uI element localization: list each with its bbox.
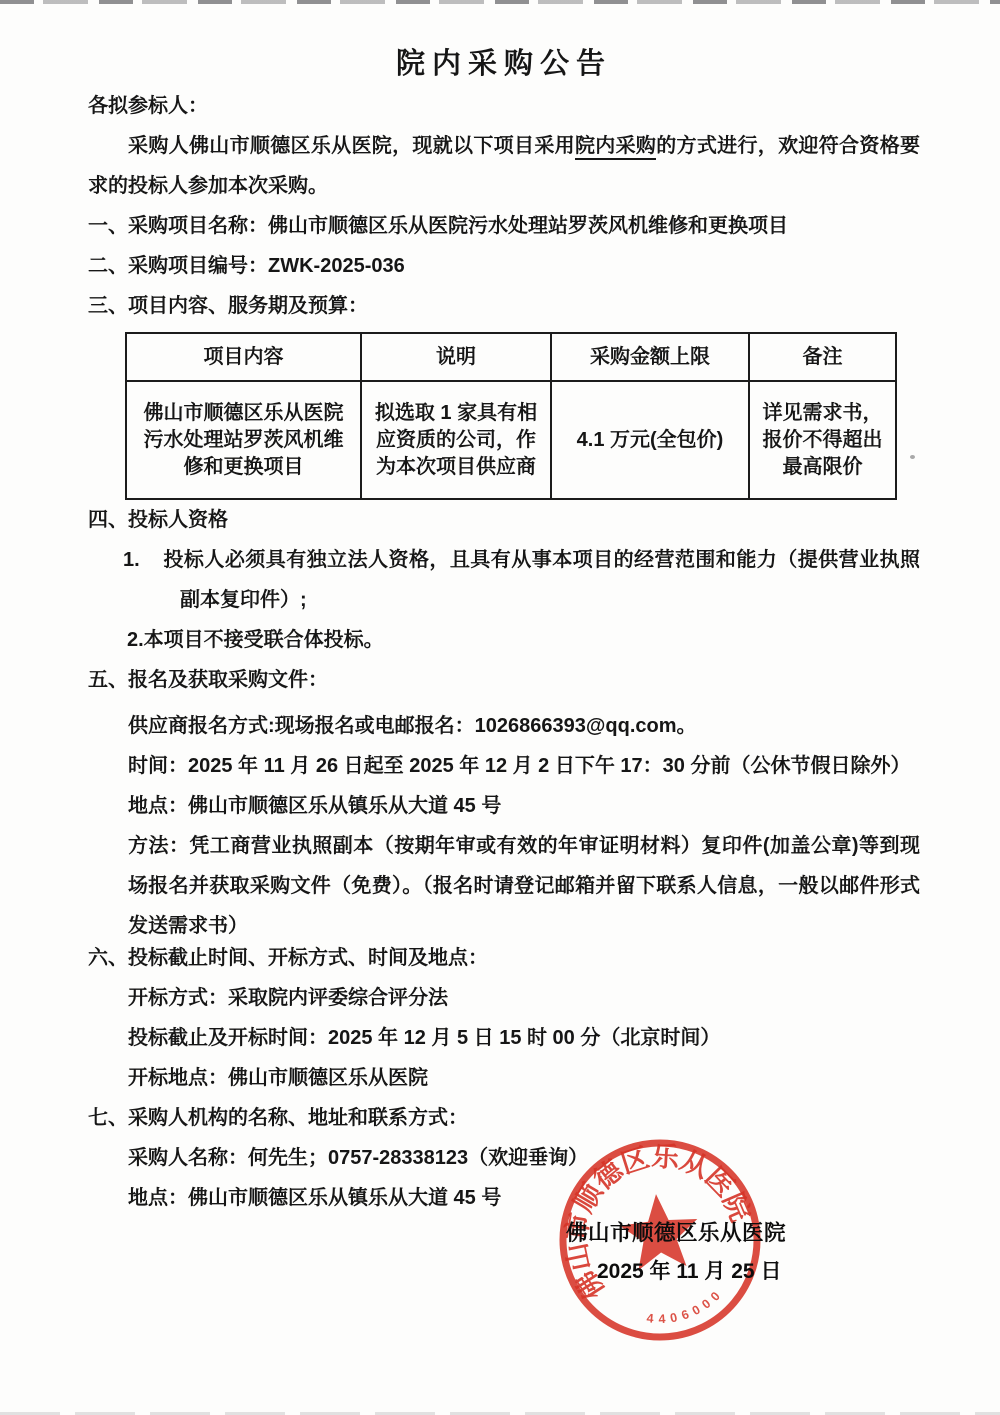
intro-paragraph: 采购人佛山市顺德区乐从医院，现就以下项目采用院内采购的方式进行，欢迎符合资格要求… bbox=[88, 126, 920, 206]
bid-opening-method-line: 开标方式：采取院内评委综合评分法 bbox=[128, 978, 920, 1018]
page-title: 院内采购公告 bbox=[88, 44, 920, 84]
section-7-heading: 七、采购人机构的名称、地址和联系方式： bbox=[88, 1098, 920, 1138]
purchaser-contact-line: 采购人名称：何先生；0757-28338123（欢迎垂询） bbox=[128, 1138, 920, 1178]
section-3-text: 项目内容、服务期及预算： bbox=[128, 295, 368, 317]
section-4-label: 四、 bbox=[88, 500, 128, 540]
section-2-label: 二、 bbox=[88, 246, 128, 286]
qualification-item-2: 2.本项目不接受联合体投标。 bbox=[127, 620, 920, 660]
table-cell-description: 拟选取 1 家具有相应资质的公司，作为本次项目供应商 bbox=[361, 381, 551, 499]
signature-date: 2025 年 11 月 25 日 bbox=[597, 1255, 781, 1285]
qualification-item-1-text: 投标人必须具有独立法人资格，且具有从事本项目的经营范围和能力（提供营业执照副本复… bbox=[163, 549, 920, 611]
table-header-description: 说明 bbox=[361, 333, 551, 381]
section-5-label: 五、 bbox=[88, 660, 128, 700]
section-1-text: 采购项目名称：佛山市顺德区乐从医院污水处理站罗茨风机维修和更换项目 bbox=[128, 215, 788, 237]
section-7-label: 七、 bbox=[88, 1098, 128, 1138]
salutation: 各拟参标人： bbox=[88, 86, 920, 126]
scan-artifact-top bbox=[0, 0, 1000, 4]
procurement-table: 项目内容 说明 采购金额上限 备注 佛山市顺德区乐从医院污水处理站罗茨风机维修和… bbox=[125, 332, 897, 500]
table-row: 佛山市顺德区乐从医院污水处理站罗茨风机维修和更换项目 拟选取 1 家具有相应资质… bbox=[126, 381, 896, 499]
section-1-label: 一、 bbox=[88, 206, 128, 246]
bid-deadline-line: 投标截止及开标时间：2025 年 12 月 5 日 15 时 00 分（北京时间… bbox=[128, 1018, 920, 1058]
table-cell-content: 佛山市顺德区乐从医院污水处理站罗茨风机维修和更换项目 bbox=[126, 381, 361, 499]
section-7-text: 采购人机构的名称、地址和联系方式： bbox=[128, 1107, 468, 1129]
table-cell-budget: 4.1 万元(全包价) bbox=[551, 381, 749, 499]
section-4-text: 投标人资格 bbox=[128, 509, 228, 531]
section-4-heading: 四、投标人资格 bbox=[88, 500, 920, 540]
qualification-item-1-number: 1. bbox=[123, 540, 163, 580]
signup-method-line: 供应商报名方式:现场报名或电邮报名：1026866393@qq.com。 bbox=[128, 706, 920, 746]
table-cell-remarks: 详见需求书，报价不得超出最高限价 bbox=[749, 381, 896, 499]
bid-opening-place-line: 开标地点：佛山市顺德区乐从医院 bbox=[128, 1058, 920, 1098]
signup-place-line: 地点：佛山市顺德区乐从镇乐从大道 45 号 bbox=[128, 786, 920, 826]
table-header-content: 项目内容 bbox=[126, 333, 361, 381]
intro-text-pre: 采购人佛山市顺德区乐从医院，现就以下项目采用 bbox=[128, 135, 575, 157]
section-1-heading: 一、采购项目名称：佛山市顺德区乐从医院污水处理站罗茨风机维修和更换项目 bbox=[88, 206, 920, 246]
section-2-heading: 二、采购项目编号：ZWK-2025-036 bbox=[88, 246, 920, 286]
section-6-label: 六、 bbox=[88, 938, 128, 978]
purchaser-address-line: 地点：佛山市顺德区乐从镇乐从大道 45 号 bbox=[128, 1178, 920, 1218]
section-6-heading: 六、投标截止时间、开标方式、时间及地点： bbox=[88, 938, 920, 978]
table-header-row: 项目内容 说明 采购金额上限 备注 bbox=[126, 333, 896, 381]
section-2-text: 采购项目编号：ZWK-2025-036 bbox=[128, 255, 405, 277]
signature-organization: 佛山市顺德区乐从医院 bbox=[566, 1216, 786, 1247]
intro-text-underlined: 院内采购 bbox=[575, 135, 656, 160]
section-5-text: 报名及获取采购文件： bbox=[128, 669, 328, 691]
section-3-label: 三、 bbox=[88, 286, 128, 326]
section-5-heading: 五、报名及获取采购文件： bbox=[88, 660, 920, 700]
document-page: 院内采购公告 各拟参标人： 采购人佛山市顺德区乐从医院，现就以下项目采用院内采购… bbox=[0, 0, 1000, 1415]
section-6-text: 投标截止时间、开标方式、时间及地点： bbox=[128, 947, 488, 969]
table-header-remarks: 备注 bbox=[749, 333, 896, 381]
scan-artifact-dot bbox=[910, 455, 915, 459]
section-3-heading: 三、项目内容、服务期及预算： bbox=[88, 286, 920, 326]
table-header-budget: 采购金额上限 bbox=[551, 333, 749, 381]
signup-procedure-paragraph: 方法：凭工商营业执照副本（按期年审或有效的年审证明材料）复印件(加盖公章)等到现… bbox=[128, 826, 920, 946]
qualification-item-1: 1.投标人必须具有独立法人资格，且具有从事本项目的经营范围和能力（提供营业执照副… bbox=[88, 540, 920, 620]
signup-time-line: 时间：2025 年 11 月 26 日起至 2025 年 12 月 2 日下午 … bbox=[128, 746, 920, 786]
